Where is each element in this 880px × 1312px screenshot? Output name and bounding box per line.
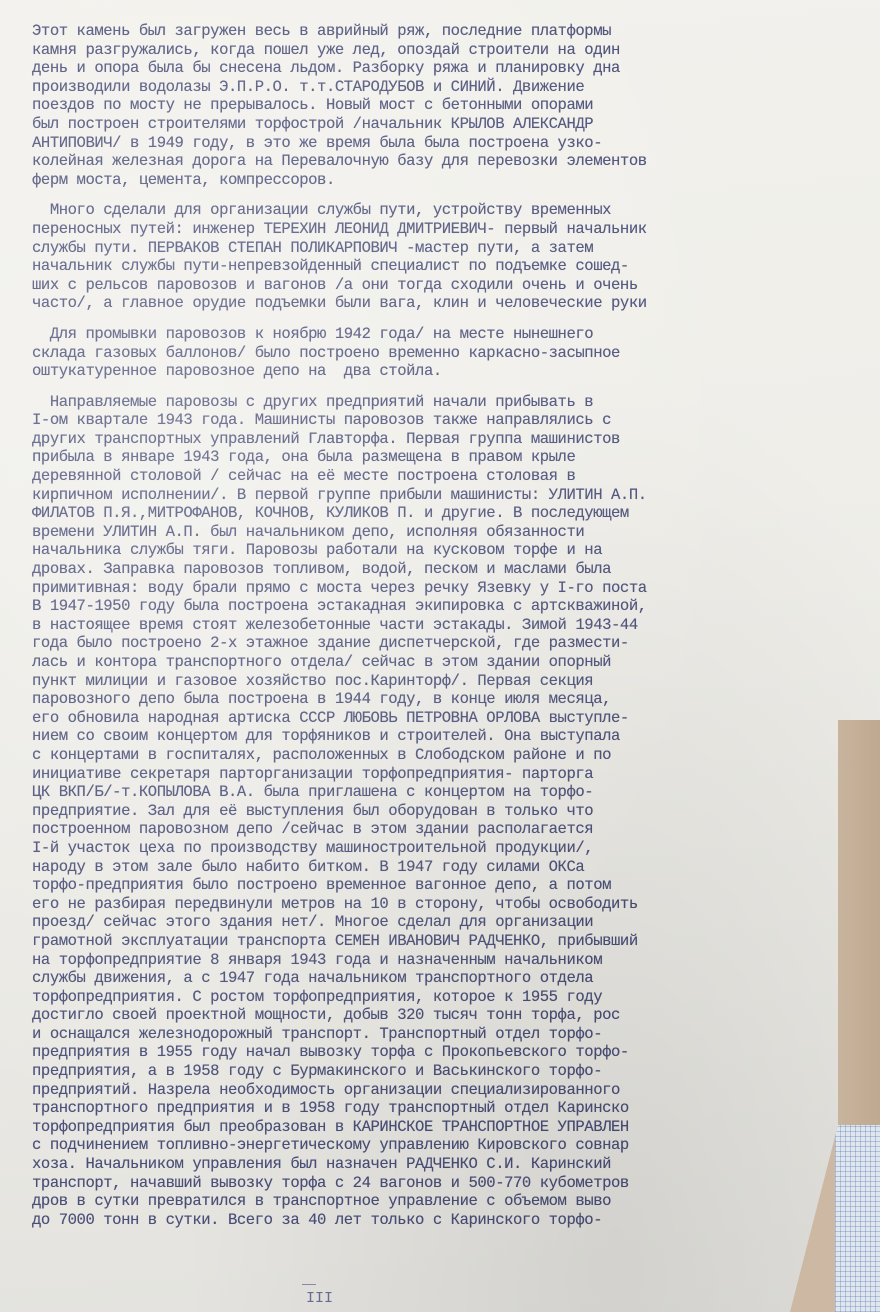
text-line: ферм моста, цемента, компрессоров. xyxy=(32,171,880,190)
paragraph: Направляемые паровозы с других предприят… xyxy=(32,393,880,1230)
text-line: торфопредприятия был преобразован в КАРИ… xyxy=(32,1118,880,1137)
text-line: транспорт, начавший вывозку торфа с 24 в… xyxy=(32,1174,880,1193)
text-line: примитивная: воду брали прямо с моста че… xyxy=(32,579,880,598)
text-line: начальник службы пути-непревзойденный сп… xyxy=(32,257,880,276)
text-line: и оснащался железнодорожный транспорт. Т… xyxy=(32,1025,880,1044)
text-line: Направляемые паровозы с других предприят… xyxy=(32,393,880,412)
page-number: III xyxy=(306,1290,333,1307)
text-line: предприятия в 1955 году начал вывозку то… xyxy=(32,1043,880,1062)
text-line: ФИЛАТОВ П.Я.,МИТРОФАНОВ, КОЧНОВ, КУЛИКОВ… xyxy=(32,504,880,523)
text-line: проезд/ сейчас этого здания нет/. Многое… xyxy=(32,913,880,932)
text-line: торфо-предприятия было построено временн… xyxy=(32,876,880,895)
paragraph: Этот камень был загружен весь в аврийный… xyxy=(32,22,880,189)
text-line: нием со своим концертом для торфяников и… xyxy=(32,727,880,746)
text-line: до 7000 тонн в сутки. Всего за 40 лет то… xyxy=(32,1211,880,1230)
text-line: грамотной эксплуатации транспорта СЕМЕН … xyxy=(32,932,880,951)
text-line: Этот камень был загружен весь в аврийный… xyxy=(32,22,880,41)
paragraph: Много сделали для организации службы пут… xyxy=(32,201,880,313)
text-line: дров в сутки превратился в транспортное … xyxy=(32,1192,880,1211)
text-line: кирпичном исполнении/. В первой группе п… xyxy=(32,486,880,505)
text-line: на торфопредприятие 8 января 1943 года и… xyxy=(32,951,880,970)
text-line: лась и контора транспортного отдела/ сей… xyxy=(32,653,880,672)
document-body: Этот камень был загружен весь в аврийный… xyxy=(32,22,880,1241)
text-line: предприятие. Зал для её выступления был … xyxy=(32,802,880,821)
text-line: в настоящее время стоят железобетонные ч… xyxy=(32,616,880,635)
text-line: оштукатуренное паровозное депо на два ст… xyxy=(32,362,880,381)
text-line: достигло своей проектной мощности, добыв… xyxy=(32,1006,880,1025)
text-line: ших с рельсов паровозов и вагонов /а они… xyxy=(32,276,880,295)
text-line: I-й участок цеха по производству машинос… xyxy=(32,839,880,858)
text-line: торфопредприятия. С ростом торфопредприя… xyxy=(32,988,880,1007)
text-line: склада газовых баллонов/ было построено … xyxy=(32,344,880,363)
text-line: часто/, а главное орудие подъемки были в… xyxy=(32,294,880,313)
page-number-dash xyxy=(302,1284,316,1285)
text-line: В 1947-1950 году была построена эстакадн… xyxy=(32,597,880,616)
paragraph: Для промывки паровозов к ноябрю 1942 год… xyxy=(32,325,880,381)
text-line: Для промывки паровозов к ноябрю 1942 год… xyxy=(32,325,880,344)
text-line: пункт милиции и газовое хозяйство пос.Ка… xyxy=(32,672,880,691)
text-line: прибыла в январе 1943 года, она была раз… xyxy=(32,448,880,467)
text-line: народу в этом зале было набито битком. В… xyxy=(32,858,880,877)
text-line: деревянной столовой / сейчас на её месте… xyxy=(32,467,880,486)
text-line: построенном паровозном депо /сейчас в эт… xyxy=(32,820,880,839)
text-line: начальника службы тяги. Паровозы работал… xyxy=(32,541,880,560)
text-line: его обновила народная артиска СССР ЛЮБОВ… xyxy=(32,709,880,728)
text-line: хоза. Начальником управления был назначе… xyxy=(32,1155,880,1174)
text-line: АНТИПОВИЧ/ в 1949 году, в это же время б… xyxy=(32,134,880,153)
text-line: предприятия, а в 1958 году с Бурмакинско… xyxy=(32,1062,880,1081)
text-line: камня разгружались, когда пошел уже лед,… xyxy=(32,41,880,60)
text-line: инициативе секретаря парторганизации тор… xyxy=(32,765,880,784)
text-line: с концертами в госпиталях, расположенных… xyxy=(32,746,880,765)
text-line: производили водолазы Э.П.Р.О. т.т.СТАРОД… xyxy=(32,78,880,97)
text-line: его не разбирая передвинули метров на 10… xyxy=(32,895,880,914)
text-line: Много сделали для организации службы пут… xyxy=(32,201,880,220)
text-line: других транспортных управлений Главторфа… xyxy=(32,430,880,449)
text-line: службы пути. ПЕРВАКОВ СТЕПАН ПОЛИКАРПОВИ… xyxy=(32,239,880,258)
text-line: времени УЛИТИН А.П. был начальником депо… xyxy=(32,523,880,542)
text-line: день и опора была бы снесена льдом. Разб… xyxy=(32,59,880,78)
text-line: ЦК ВКП/Б/-т.КОПЫЛОВА В.А. была приглашен… xyxy=(32,783,880,802)
text-line: дровах. Заправка паровозов топливом, вод… xyxy=(32,560,880,579)
text-line: переносных путей: инженер ТЕРЕХИН ЛЕОНИД… xyxy=(32,220,880,239)
text-line: с подчинением топливно-энергетическому у… xyxy=(32,1136,880,1155)
text-line: I-ом квартале 1943 года. Машинисты паров… xyxy=(32,411,880,430)
text-line: колейная железная дорога на Перевалочную… xyxy=(32,152,880,171)
text-line: службы движения, а с 1947 года начальник… xyxy=(32,969,880,988)
text-line: был построен строителями торфострой /нач… xyxy=(32,115,880,134)
text-line: года было построено 2-х этажное здание д… xyxy=(32,634,880,653)
text-line: транспортного предприятия и в 1958 году … xyxy=(32,1099,880,1118)
text-line: паровозного депо была построена в 1944 г… xyxy=(32,690,880,709)
grid-paper-underneath xyxy=(835,1125,880,1312)
typewritten-page: Этот камень был загружен весь в аврийный… xyxy=(0,0,880,1312)
text-line: поездов по мосту не прерывалось. Новый м… xyxy=(32,96,880,115)
text-line: предприятий. Назрела необходимость орган… xyxy=(32,1081,880,1100)
